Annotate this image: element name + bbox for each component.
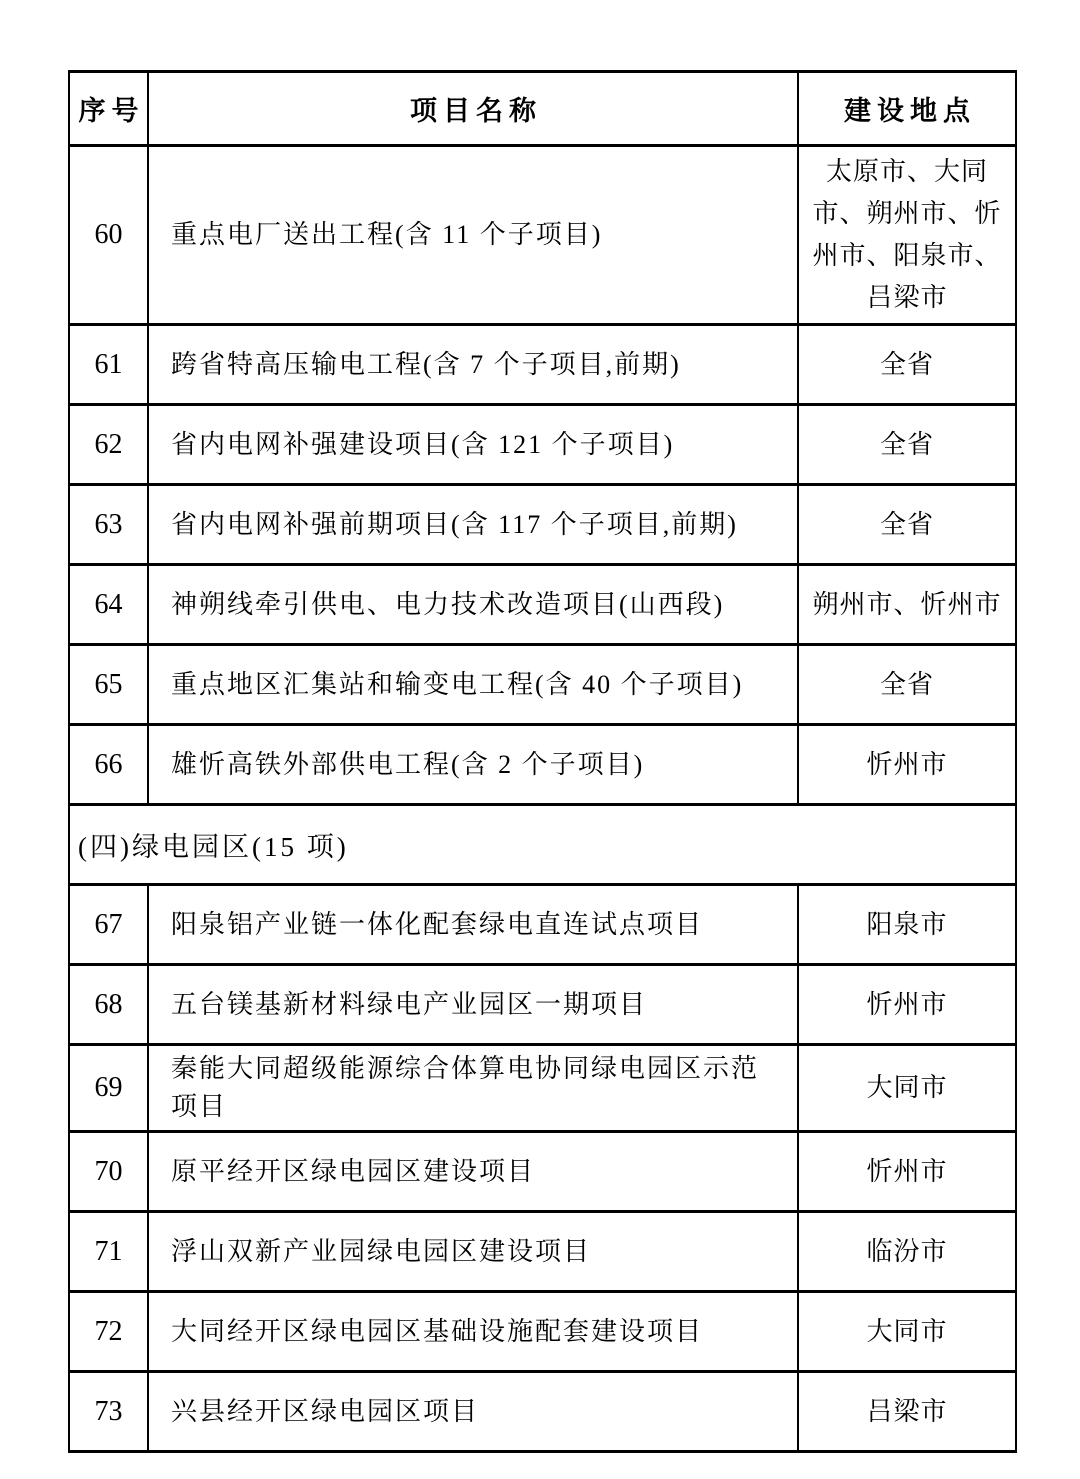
cell-location: 全省 <box>798 645 1016 725</box>
cell-location: 忻州市 <box>798 965 1016 1045</box>
cell-name: 重点地区汇集站和输变电工程(含 40 个子项目) <box>148 645 798 725</box>
cell-name: 秦能大同超级能源综合体算电协同绿电园区示范项目 <box>148 1045 798 1132</box>
cell-no: 70 <box>69 1132 148 1212</box>
cell-no: 69 <box>69 1045 148 1132</box>
table-row: 60 重点电厂送出工程(含 11 个子项目) 太原市、大同市、朔州市、忻州市、阳… <box>69 146 1016 325</box>
cell-name: 重点电厂送出工程(含 11 个子项目) <box>148 146 798 325</box>
cell-location: 阳泉市 <box>798 885 1016 965</box>
cell-name: 浮山双新产业园绿电园区建设项目 <box>148 1212 798 1292</box>
table-row: 63 省内电网补强前期项目(含 117 个子项目,前期) 全省 <box>69 485 1016 565</box>
cell-no: 71 <box>69 1212 148 1292</box>
header-name: 项目名称 <box>148 72 798 146</box>
table-header-row: 序号 项目名称 建设地点 <box>69 72 1016 146</box>
document-page: 序号 项目名称 建设地点 60 重点电厂送出工程(含 11 个子项目) 太原市、… <box>0 0 1080 1479</box>
cell-name: 大同经开区绿电园区基础设施配套建设项目 <box>148 1292 798 1372</box>
cell-no: 65 <box>69 645 148 725</box>
cell-no: 63 <box>69 485 148 565</box>
cell-no: 61 <box>69 325 148 405</box>
cell-location: 忻州市 <box>798 1132 1016 1212</box>
cell-location: 全省 <box>798 485 1016 565</box>
table-row: 73 兴县经开区绿电园区项目 吕梁市 <box>69 1372 1016 1452</box>
table-row: 71 浮山双新产业园绿电园区建设项目 临汾市 <box>69 1212 1016 1292</box>
table-row: 65 重点地区汇集站和输变电工程(含 40 个子项目) 全省 <box>69 645 1016 725</box>
section-label: (四)绿电园区(15 项) <box>69 805 1016 885</box>
cell-no: 72 <box>69 1292 148 1372</box>
cell-no: 66 <box>69 725 148 805</box>
projects-table: 序号 项目名称 建设地点 60 重点电厂送出工程(含 11 个子项目) 太原市、… <box>68 70 1017 1453</box>
header-no: 序号 <box>69 72 148 146</box>
cell-name: 省内电网补强前期项目(含 117 个子项目,前期) <box>148 485 798 565</box>
cell-location: 吕梁市 <box>798 1372 1016 1452</box>
cell-name: 原平经开区绿电园区建设项目 <box>148 1132 798 1212</box>
cell-name: 神朔线牵引供电、电力技术改造项目(山西段) <box>148 565 798 645</box>
table-row: 61 跨省特高压输电工程(含 7 个子项目,前期) 全省 <box>69 325 1016 405</box>
table-row: 70 原平经开区绿电园区建设项目 忻州市 <box>69 1132 1016 1212</box>
cell-no: 73 <box>69 1372 148 1452</box>
cell-name: 阳泉铝产业链一体化配套绿电直连试点项目 <box>148 885 798 965</box>
cell-no: 64 <box>69 565 148 645</box>
cell-name: 省内电网补强建设项目(含 121 个子项目) <box>148 405 798 485</box>
cell-location: 全省 <box>798 325 1016 405</box>
cell-location: 大同市 <box>798 1045 1016 1132</box>
cell-location: 全省 <box>798 405 1016 485</box>
table-row: 64 神朔线牵引供电、电力技术改造项目(山西段) 朔州市、忻州市 <box>69 565 1016 645</box>
cell-location: 临汾市 <box>798 1212 1016 1292</box>
cell-name: 五台镁基新材料绿电产业园区一期项目 <box>148 965 798 1045</box>
table-row: 69 秦能大同超级能源综合体算电协同绿电园区示范项目 大同市 <box>69 1045 1016 1132</box>
table-row: 62 省内电网补强建设项目(含 121 个子项目) 全省 <box>69 405 1016 485</box>
header-location: 建设地点 <box>798 72 1016 146</box>
cell-location: 忻州市 <box>798 725 1016 805</box>
cell-name: 跨省特高压输电工程(含 7 个子项目,前期) <box>148 325 798 405</box>
cell-name: 雄忻高铁外部供电工程(含 2 个子项目) <box>148 725 798 805</box>
cell-no: 68 <box>69 965 148 1045</box>
cell-location: 大同市 <box>798 1292 1016 1372</box>
table-row: 72 大同经开区绿电园区基础设施配套建设项目 大同市 <box>69 1292 1016 1372</box>
section-row: (四)绿电园区(15 项) <box>69 805 1016 885</box>
table-row: 66 雄忻高铁外部供电工程(含 2 个子项目) 忻州市 <box>69 725 1016 805</box>
table-row: 68 五台镁基新材料绿电产业园区一期项目 忻州市 <box>69 965 1016 1045</box>
cell-location: 太原市、大同市、朔州市、忻州市、阳泉市、吕梁市 <box>798 146 1016 325</box>
cell-location: 朔州市、忻州市 <box>798 565 1016 645</box>
cell-no: 62 <box>69 405 148 485</box>
cell-name: 兴县经开区绿电园区项目 <box>148 1372 798 1452</box>
cell-no: 60 <box>69 146 148 325</box>
cell-no: 67 <box>69 885 148 965</box>
table-row: 67 阳泉铝产业链一体化配套绿电直连试点项目 阳泉市 <box>69 885 1016 965</box>
